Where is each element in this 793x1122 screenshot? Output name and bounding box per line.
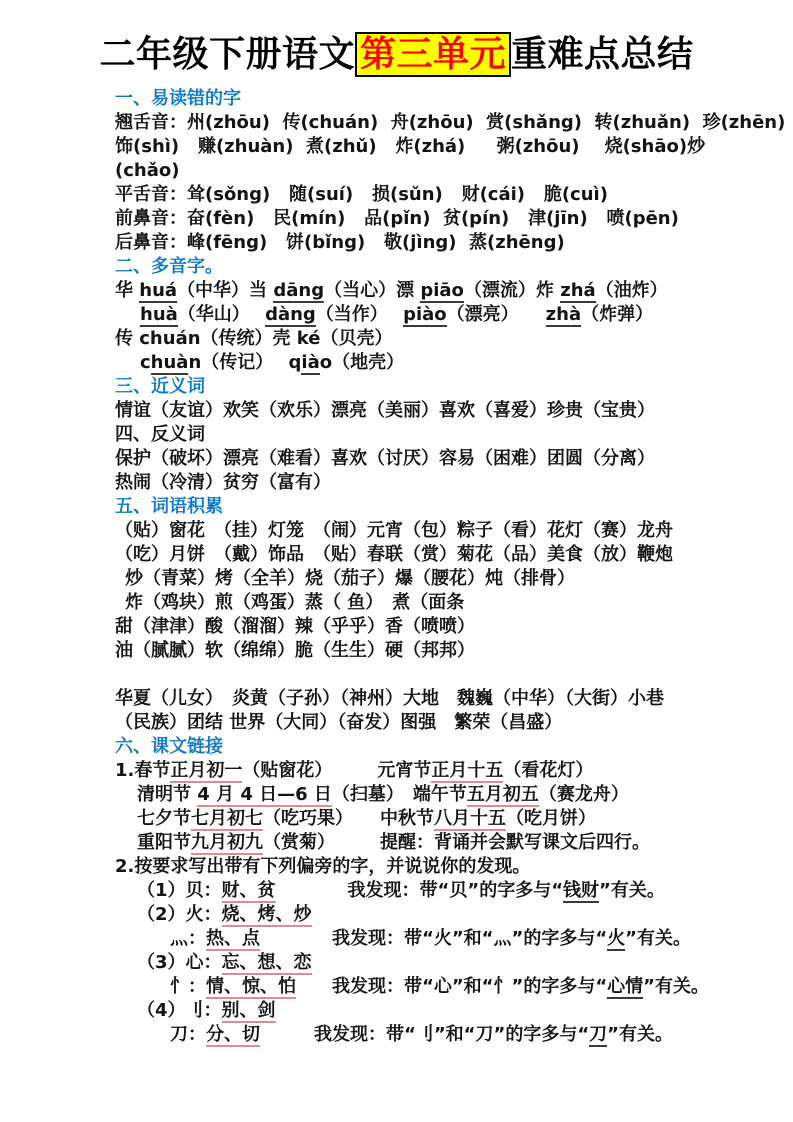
marked-text: 热、点: [206, 928, 260, 951]
text-segment: （当心）漂: [324, 280, 420, 301]
underlined-text: zhà: [546, 304, 581, 327]
underlined-text: 钱财: [563, 880, 599, 903]
text-line: 三、近义词: [115, 375, 793, 399]
text-segment: （漂亮）: [447, 304, 546, 325]
text-line: （3）心：忘、想、恋: [115, 951, 793, 975]
title-highlight: 第三单元: [355, 32, 511, 77]
text-segment: （油炸）: [596, 280, 668, 301]
worksheet-page: 二年级下册语文第三单元重难点总结 一、易读错的字翘舌音：州(zhōu) 传(ch…: [0, 0, 793, 1122]
text-line: 翘舌音：州(zhōu) 传(chuán) 舟(zhōu) 赏(shǎng) 转(…: [115, 111, 793, 135]
text-segment: c: [140, 352, 151, 373]
text-segment: （当作）: [316, 304, 403, 325]
text-segment: 我发现：带“刂”和“刀”的字多与“: [260, 1024, 589, 1045]
marked-text: 七月初七: [191, 808, 263, 831]
underlined-text: zhá: [560, 280, 595, 303]
section-heading: 六、课文链接: [115, 736, 223, 757]
text-line: 前鼻音：奋(fèn) 民(mín) 品(pǐn) 贫(pín) 津(jīn) 喷…: [115, 207, 793, 231]
marked-text: 烧、烤、炒: [222, 904, 312, 927]
text-segment: （吃月饼）: [506, 808, 596, 829]
text-line: （1）贝：财、贫 我发现：带“贝”的字多与“钱财”有关。: [115, 879, 793, 903]
text-segment: 后鼻音：峰(fēng) 饼(bǐng) 敬(jìng) 蒸(zhēng): [115, 232, 565, 253]
text-segment: （赛龙舟）: [539, 784, 629, 805]
underlined-text: 火: [607, 928, 625, 951]
title-suffix: 重难点总结: [511, 34, 694, 75]
text-line: （2）火：烧、烤、炒: [115, 903, 793, 927]
text-segment: n（传记） q: [188, 352, 301, 373]
text-segment: 我发现：带“火”和“灬”的字多与“: [260, 928, 607, 949]
underlined-text: 刀: [589, 1024, 607, 1047]
underlined-text: piāo: [420, 280, 464, 303]
text-segment: ”有关。: [643, 976, 709, 997]
text-line: (chǎo): [115, 159, 793, 183]
section-heading: 五、词语积累: [115, 496, 223, 517]
text-line: 清明节 4 月 4 日—6 日（扫墓） 端午节五月初五（赛龙舟）: [115, 783, 793, 807]
text-segment: 七夕节: [137, 808, 191, 829]
text-line: [115, 663, 793, 687]
text-segment: （扫墓） 端午节: [332, 784, 467, 805]
underlined-text: 心情: [607, 976, 643, 999]
underlined-text: huà: [140, 304, 178, 327]
text-segment: 我发现：带“贝”的字多与“: [276, 880, 564, 901]
text-line: 忄：情、惊、怕 我发现：带“心”和“忄”的字多与“心情”有关。: [115, 975, 793, 999]
underlined-text: huà: [151, 352, 189, 375]
marked-text: 正月初一: [170, 760, 242, 783]
text-segment: (chǎo): [115, 160, 179, 181]
text-line: （贴）窗花 （挂）灯笼 （闹）元宵（包）粽子（看）花灯（赛）龙舟: [115, 519, 793, 543]
marked-text: 分、切: [206, 1024, 260, 1047]
marked-text: 别、剑: [222, 1000, 276, 1023]
text-segment: 华夏（儿女） 炎黄（子孙）（神州）大地 魏巍（中华）（大街）小巷: [115, 688, 664, 709]
text-segment: 炸（鸡块）煎（鸡蛋）蒸（ 鱼） 煮（面条: [125, 592, 464, 613]
text-line: 重阳节九月初九（赏菊） 提醒：背诵并会默写课文后四行。: [115, 831, 793, 855]
text-segment: 清明节: [137, 784, 197, 805]
text-segment: 甜（津津）酸（溜溜）辣（乎乎）香（喷喷）: [115, 616, 475, 637]
text-segment: 四、反义词: [115, 424, 205, 445]
text-segment: （贴窗花） 元宵节: [242, 760, 431, 781]
text-segment: 重阳节: [137, 832, 191, 853]
text-segment: （吃巧果） 中秋节: [263, 808, 434, 829]
text-line: 保护（破坏）漂亮（难看）喜欢（讨厌）容易（困难）团圆（分离）: [115, 447, 793, 471]
text-segment: 前鼻音：奋(fèn) 民(mín) 品(pǐn) 贫(pín) 津(jīn) 喷…: [115, 208, 679, 229]
text-line: 2.按要求写出带有下列偏旁的字，并说说你的发现。: [115, 855, 793, 879]
text-segment: 平舌音：耸(sǒng) 随(suí) 损(sǔn) 财(cái) 脆(cuì): [115, 184, 608, 205]
text-segment: 翘舌音：州(zhōu) 传(chuán) 舟(zhōu) 赏(shǎng) 转(…: [115, 112, 785, 133]
text-segment: ”有关。: [625, 928, 691, 949]
text-line: 华夏（儿女） 炎黄（子孙）（神州）大地 魏巍（中华）（大街）小巷: [115, 687, 793, 711]
text-line: （民族）团结 世界（大同）（奋发）图强 繁荣（昌盛）: [115, 711, 793, 735]
text-segment: o（地壳）: [320, 352, 404, 373]
marked-text: 情、惊、怕: [206, 976, 296, 999]
text-line: （吃）月饼 （戴）饰品 （贴）春联（赏）菊花（品）美食（放）鞭炮: [115, 543, 793, 567]
text-line: 传 chuán（传统）壳 ké（贝壳）: [115, 327, 793, 351]
text-segment: （4）刂：: [137, 1000, 222, 1021]
underlined-text: piào: [403, 304, 447, 327]
text-segment: （1）贝：: [137, 880, 222, 901]
text-line: 华 huá（中华）当 dāng（当心）漂 piāo（漂流）炸 zhá（油炸）: [115, 279, 793, 303]
underlined-text: dāng: [273, 280, 324, 303]
text-segment: 灬：: [170, 928, 206, 949]
text-line: 油（腻腻）软（绵绵）脆（生生）硬（邦邦）: [115, 639, 793, 663]
text-segment: ”有关。: [607, 1024, 673, 1045]
text-line: 炸（鸡块）煎（鸡蛋）蒸（ 鱼） 煮（面条: [115, 591, 793, 615]
text-segment: （看花灯）: [503, 760, 593, 781]
text-line: huà（华山） dàng（当作） piào（漂亮） zhà（炸弹）: [115, 303, 793, 327]
text-segment: 1.春节: [115, 760, 170, 781]
text-segment: 华: [115, 280, 139, 301]
marked-text: 正月十五: [431, 760, 503, 783]
marked-text: 八月十五: [434, 808, 506, 831]
text-line: 炒（青菜）烤（全羊）烧（茄子）爆（腰花）炖（排骨）: [115, 567, 793, 591]
text-segment: （赏菊） 提醒：背诵并会默写课文后四行。: [263, 832, 650, 853]
marked-text: 财、贫: [222, 880, 276, 903]
text-segment: （中华）当: [177, 280, 273, 301]
text-segment: 炒（青菜）烤（全羊）烧（茄子）爆（腰花）炖（排骨）: [125, 568, 575, 589]
text-line: 1.春节正月初一（贴窗花） 元宵节正月十五（看花灯）: [115, 759, 793, 783]
text-segment: 刀：: [170, 1024, 206, 1045]
text-segment: 2.按要求写出带有下列偏旁的字，并说说你的发现。: [115, 856, 530, 877]
marked-text: 4 月 4 日—6 日: [197, 784, 332, 807]
text-line: 刀：分、切 我发现：带“刂”和“刀”的字多与“刀”有关。: [115, 1023, 793, 1047]
page-title: 二年级下册语文第三单元重难点总结: [0, 0, 793, 77]
text-segment: 油（腻腻）软（绵绵）脆（生生）硬（邦邦）: [115, 640, 475, 661]
text-line: 情谊（友谊）欢笑（欢乐）漂亮（美丽）喜欢（喜爱）珍贵（宝贵）: [115, 399, 793, 423]
underlined-text: huá: [139, 280, 177, 303]
marked-text: 九月初九: [191, 832, 263, 855]
text-segment: （华山）: [178, 304, 265, 325]
text-segment: 传 chuán（传统）壳 ké（贝壳）: [115, 328, 393, 349]
text-line: 甜（津津）酸（溜溜）辣（乎乎）香（喷喷）: [115, 615, 793, 639]
text-line: 五、词语积累: [115, 495, 793, 519]
text-segment: 忄：: [170, 976, 206, 997]
text-segment: 热闹（冷清）贫穷（富有）: [115, 472, 331, 493]
section-heading: 一、易读错的字: [115, 88, 241, 109]
text-line: 饰(shì) 赚(zhuàn) 煮(zhǔ) 炸(zhá) 粥(zhōu) 烧(…: [115, 135, 793, 159]
text-line: 二、多音字。: [115, 255, 793, 279]
text-line: 热闹（冷清）贫穷（富有）: [115, 471, 793, 495]
text-line: （4）刂：别、剑: [115, 999, 793, 1023]
text-segment: 我发现：带“心”和“忄”的字多与“: [296, 976, 607, 997]
section-heading: 三、近义词: [115, 376, 205, 397]
text-segment: 情谊（友谊）欢笑（欢乐）漂亮（美丽）喜欢（喜爱）珍贵（宝贵）: [115, 400, 655, 421]
title-prefix: 二年级下册语文: [99, 34, 355, 75]
text-segment: （贴）窗花 （挂）灯笼 （闹）元宵（包）粽子（看）花灯（赛）龙舟: [115, 520, 673, 541]
text-segment: （漂流）炸: [464, 280, 560, 301]
marked-text: 五月初五: [467, 784, 539, 807]
text-segment: （民族）团结 世界（大同）（奋发）图强 繁荣（昌盛）: [115, 712, 562, 733]
text-line: 灬：热、点 我发现：带“火”和“灬”的字多与“火”有关。: [115, 927, 793, 951]
text-line: chuàn（传记） qiào（地壳）: [115, 351, 793, 375]
text-segment: （吃）月饼 （戴）饰品 （贴）春联（赏）菊花（品）美食（放）鞭炮: [115, 544, 673, 565]
text-segment: 保护（破坏）漂亮（难看）喜欢（讨厌）容易（困难）团圆（分离）: [115, 448, 655, 469]
underlined-text: ià: [301, 352, 319, 375]
document-body: 一、易读错的字翘舌音：州(zhōu) 传(chuán) 舟(zhōu) 赏(sh…: [0, 87, 793, 1047]
text-segment: （3）心：: [137, 952, 222, 973]
text-line: 四、反义词: [115, 423, 793, 447]
text-segment: ”有关。: [599, 880, 665, 901]
text-line: 后鼻音：峰(fēng) 饼(bǐng) 敬(jìng) 蒸(zhēng): [115, 231, 793, 255]
text-segment: （炸弹）: [581, 304, 653, 325]
text-segment: （2）火：: [137, 904, 222, 925]
text-line: 七夕节七月初七（吃巧果） 中秋节八月十五（吃月饼）: [115, 807, 793, 831]
marked-text: 忘、想、恋: [222, 952, 312, 975]
section-heading: 二、多音字。: [115, 256, 223, 277]
text-segment: 饰(shì) 赚(zhuàn) 煮(zhǔ) 炸(zhá) 粥(zhōu) 烧(…: [115, 136, 705, 157]
underlined-text: dàng: [265, 304, 316, 327]
text-line: 六、课文链接: [115, 735, 793, 759]
text-line: 平舌音：耸(sǒng) 随(suí) 损(sǔn) 财(cái) 脆(cuì): [115, 183, 793, 207]
text-line: 一、易读错的字: [115, 87, 793, 111]
